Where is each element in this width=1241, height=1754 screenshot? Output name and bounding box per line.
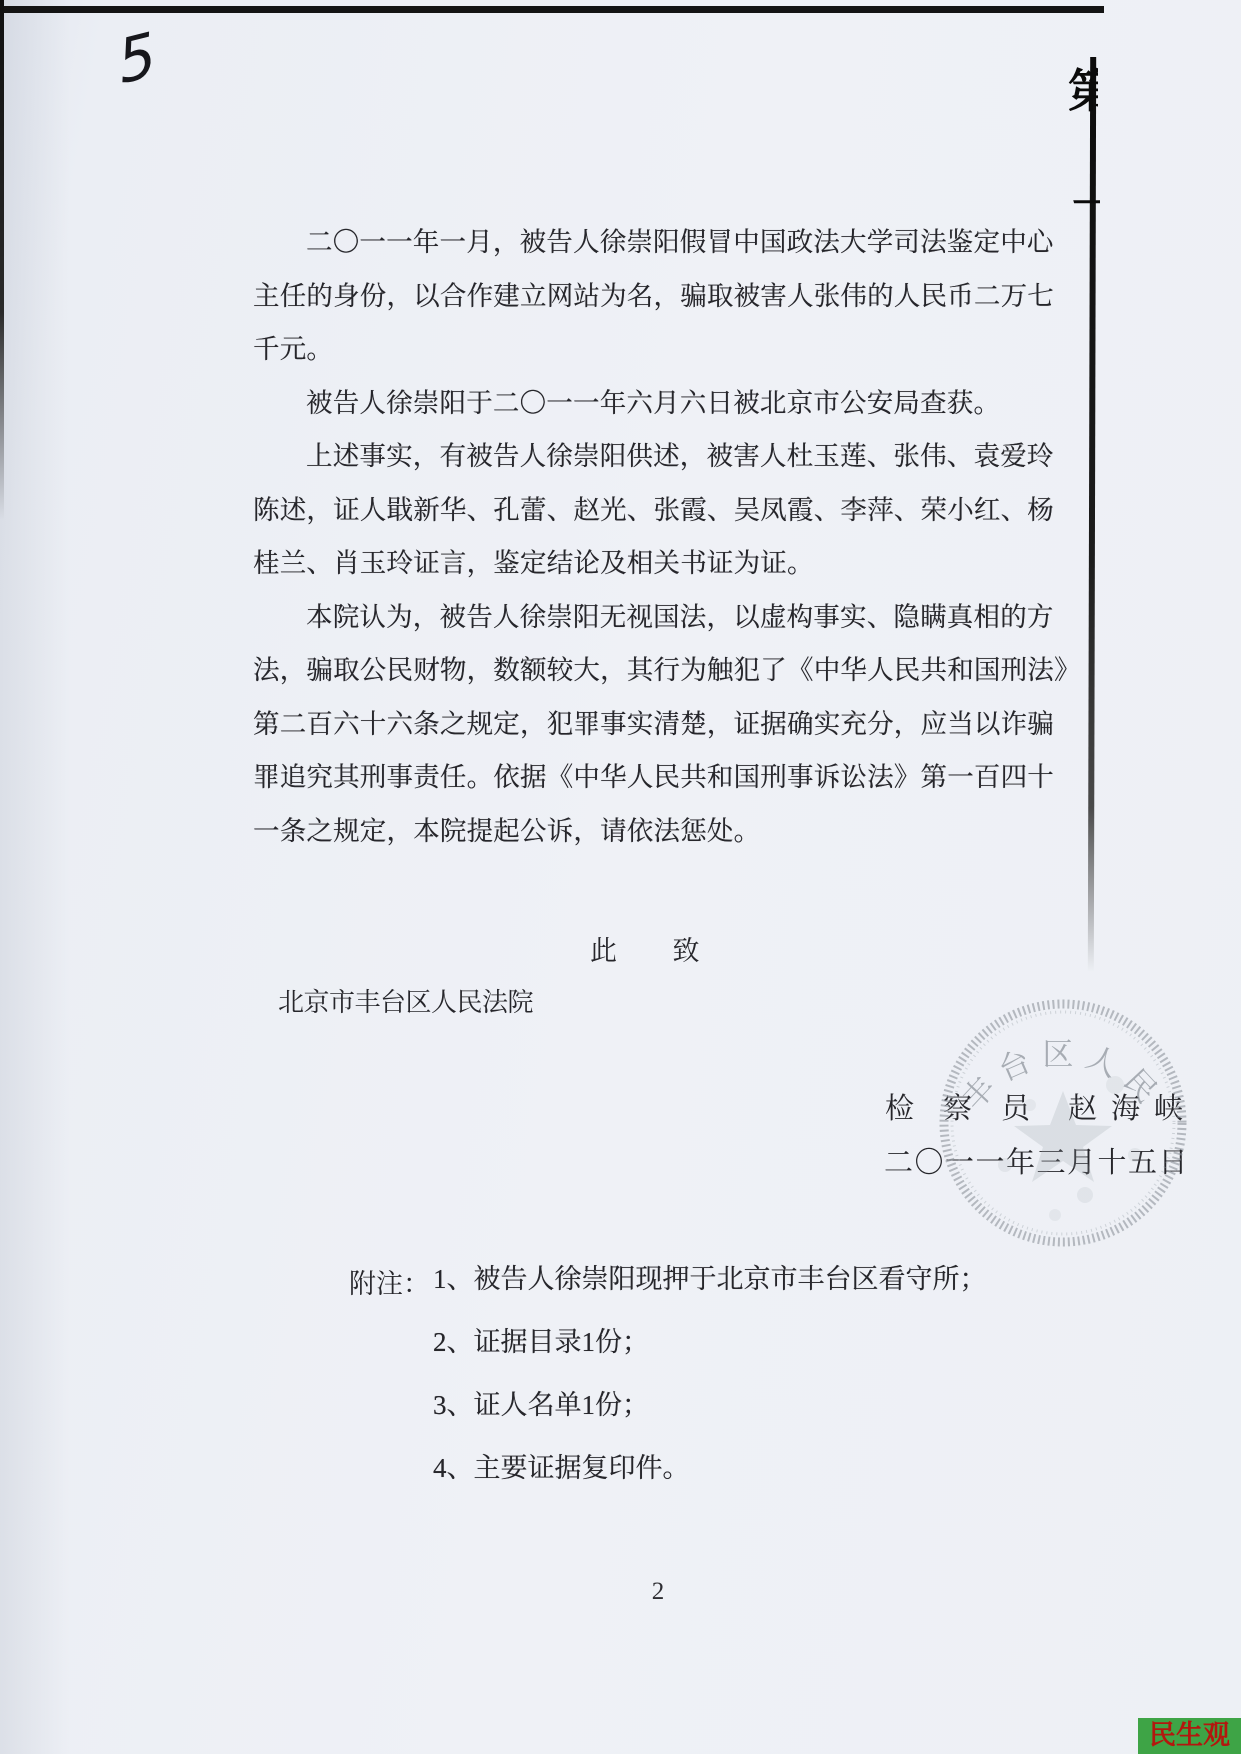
- body-text-line: 千元。: [253, 323, 1083, 377]
- notes-list: 1、被告人徐崇阳现押于北京市丰台区看守所； 2、证据目录1份； 3、证人名单1份…: [433, 1262, 987, 1514]
- scan-edge-top-line: [0, 6, 1104, 13]
- addressee-court: 北京市丰台区人民法院: [278, 982, 533, 1019]
- binding-shadow: [0, 0, 70, 1754]
- notes-label: 附注：: [349, 1262, 430, 1301]
- page-number: 2: [638, 1578, 678, 1606]
- note-item: 2、证据目录1份；: [433, 1325, 987, 1388]
- body-text-line: 主任的身份，以合作建立网站为名，骗取被害人张伟的人民币二万七: [253, 270, 1083, 324]
- body-text-line: 二〇一一年一月，被告人徐崇阳假冒中国政法大学司法鉴定中心: [253, 216, 1083, 270]
- note-item: 4、主要证据复印件。: [433, 1451, 987, 1514]
- note-item: 3、证人名单1份；: [433, 1388, 987, 1451]
- body-text-line: 一条之规定，本院提起公诉，请依法惩处。: [253, 805, 1083, 859]
- body-text-line: 上述事实，有被告人徐崇阳供述，被害人杜玉莲、张伟、袁爱玲: [253, 430, 1083, 484]
- body-text-line: 罪追究其刑事责任。依据《中华人民共和国刑事诉讼法》第一百四十: [253, 751, 1083, 805]
- body-text-line: 桂兰、肖玉玲证言，鉴定结论及相关书证为证。: [253, 537, 1083, 591]
- body-text-line: 第二百六十六条之规定，犯罪事实清楚，证据确实充分，应当以诈骗: [253, 698, 1083, 752]
- signature-row: 检 察 员赵海峡: [885, 1086, 1197, 1127]
- document-body: 二〇一一年一月，被告人徐崇阳假冒中国政法大学司法鉴定中心 主任的身份，以合作建立…: [253, 216, 1083, 858]
- body-text-line: 被告人徐崇阳于二〇一一年六月六日被北京市公安局查获。: [253, 377, 1083, 431]
- body-text-line: 陈述，证人戢新华、孔蕾、赵光、张霞、吴凤霞、李萍、荣小红、杨: [253, 484, 1083, 538]
- body-text-line: 法，骗取公民财物，数额较大，其行为触犯了《中华人民共和国刑法》: [253, 644, 1083, 698]
- note-item: 1、被告人徐崇阳现押于北京市丰台区看守所；: [433, 1262, 987, 1325]
- prosecutor-title: 检 察 员: [885, 1093, 1030, 1125]
- handwritten-page-mark: 5: [114, 20, 161, 99]
- closing-salutation: 此 致: [590, 929, 700, 968]
- signature-date: 二〇一一年三月十五日: [884, 1140, 1189, 1181]
- body-text-line: 本院认为，被告人徐崇阳无视国法，以虚构事实、隐瞒真相的方: [253, 591, 1083, 645]
- page-edge-glyph-fragment: 第: [1068, 64, 1098, 132]
- prosecutor-name: 赵海峡: [1068, 1093, 1197, 1125]
- scanned-indictment-page: { "page": { "page_number": "2", "handwri…: [0, 0, 1241, 1754]
- watermark-badge: 民生观察: [1138, 1718, 1241, 1754]
- scan-edge-left-line: [0, 0, 4, 520]
